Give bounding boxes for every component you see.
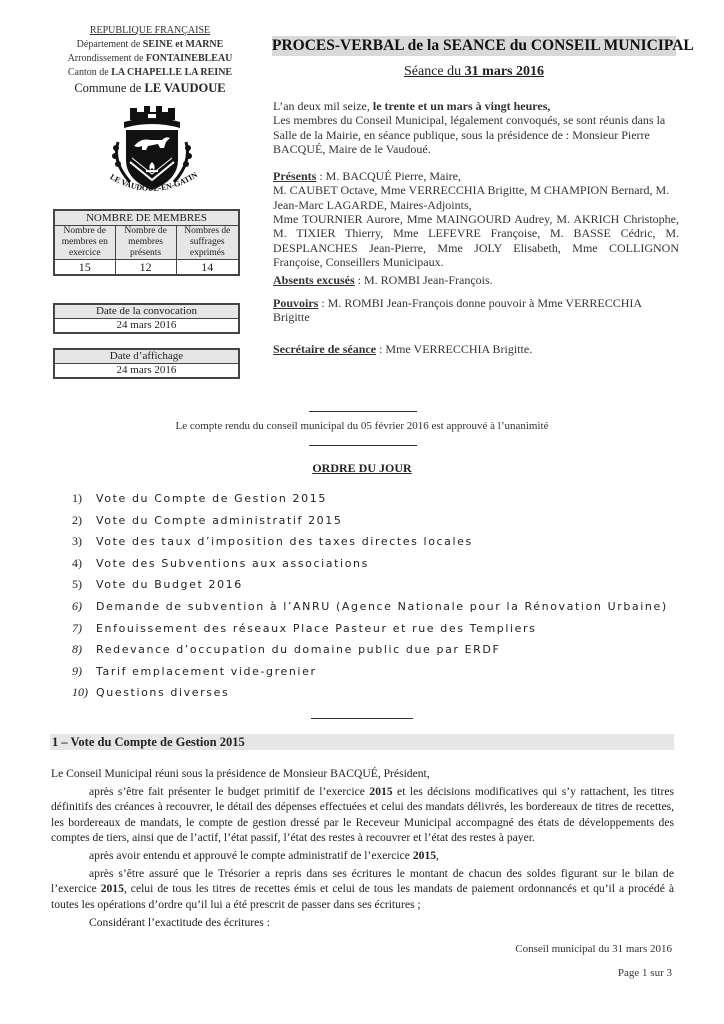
intro-line: L’an deux mil seize, le trente et un mar… [273, 99, 679, 113]
affichage-table: Date d’affichage 24 mars 2016 [53, 348, 240, 379]
pouvoirs-line: Pouvoirs : M. ROMBI Jean-François donne … [273, 296, 679, 325]
intro-bold: le trente et un mars à vingt heures, [373, 99, 551, 113]
body-paragraph: Considérant l’exactitude des écritures : [51, 915, 674, 930]
departement-label: Département de [77, 39, 143, 50]
section-body: Le Conseil Municipal réuni sous la prési… [51, 766, 674, 930]
canton-line: Canton de LA CHAPELLE LA REINE [40, 66, 260, 80]
agenda-item: 3)Vote des taux d’imposition des taxes d… [72, 531, 692, 553]
agenda-item-number: 1) [72, 488, 96, 510]
intro-paragraph: Les membres du Conseil Municipal, légale… [273, 113, 679, 156]
pouvoirs-label: Pouvoirs [273, 296, 318, 310]
municipality-header: REPUBLIQUE FRANÇAISE Département de SEIN… [40, 24, 260, 97]
presents-text: : M. BACQUÉ Pierre, Maire, [316, 169, 461, 183]
agenda-item: 1)Vote du Compte de Gestion 2015 [72, 488, 692, 510]
seance-date-value: 31 mars 2016 [465, 64, 544, 79]
agenda-item-text: Vote des taux d’imposition des taxes dir… [96, 531, 473, 553]
agenda-list: 1)Vote du Compte de Gestion 20152)Vote d… [72, 488, 692, 704]
agenda-item-text: Questions diverses [96, 682, 229, 704]
agenda-item-number: 10) [72, 682, 96, 704]
agenda-item-number: 4) [72, 553, 96, 575]
text-span: après s’être fait présenter le budget pr… [89, 785, 369, 798]
agenda-item-number: 7) [72, 618, 96, 640]
agenda-title: ORDRE DU JOUR [80, 461, 644, 476]
arrondissement-value: FONTAINEBLEAU [146, 53, 233, 64]
secretaire-label: Secrétaire de séance [273, 342, 376, 356]
republique-label: REPUBLIQUE FRANÇAISE [40, 24, 260, 38]
affichage-date: 24 mars 2016 [54, 364, 239, 379]
divider [311, 718, 413, 719]
departement-line: Département de SEINE et MARNE [40, 38, 260, 52]
departement-value: SEINE et MARNE [143, 39, 224, 50]
canton-label: Canton de [68, 67, 111, 78]
body-paragraph: après s’être fait présenter le budget pr… [51, 784, 674, 845]
canton-value: LA CHAPELLE LA REINE [111, 67, 232, 78]
commune-label: Commune de [74, 81, 144, 95]
agenda-item: 7)Enfouissement des réseaux Place Pasteu… [72, 618, 692, 640]
convocation-label: Date de la convocation [54, 304, 239, 319]
divider [309, 445, 417, 446]
agenda-item: 9)Tarif emplacement vide-grenier [72, 661, 692, 683]
members-present-value: 12 [115, 260, 176, 276]
approval-statement: Le compte rendu du conseil municipal du … [80, 420, 644, 432]
section-heading: 1 – Vote du Compte de Gestion 2015 [50, 734, 674, 750]
adjoints-list: M. CAUBET Octave, Mme VERRECCHIA Brigitt… [273, 183, 679, 212]
arrondissement-line: Arrondissement de FONTAINEBLEAU [40, 52, 260, 66]
absents-line: Absents excusés : M. ROMBI Jean-François… [273, 273, 679, 287]
agenda-item: 5)Vote du Budget 2016 [72, 574, 692, 596]
members-present-label: Nombre de membres présents [115, 226, 176, 260]
absents-text: : M. ROMBI Jean-François. [355, 273, 493, 287]
members-in-office-label: Nombre de membres en exercice [54, 226, 115, 260]
divider [309, 411, 417, 412]
session-intro: L’an deux mil seize, le trente et un mar… [273, 99, 679, 356]
agenda-item-number: 8) [72, 639, 96, 661]
text-span: , [436, 849, 439, 862]
absents-label: Absents excusés [273, 273, 355, 287]
seance-label: Séance du [404, 64, 465, 79]
body-paragraph: après avoir entendu et approuvé le compt… [51, 848, 674, 863]
agenda-item-text: Redevance d’occupation du domaine public… [96, 639, 500, 661]
agenda-item-number: 5) [72, 574, 96, 596]
agenda-item: 2)Vote du Compte administratif 2015 [72, 510, 692, 532]
agenda-item-number: 6) [72, 596, 96, 618]
agenda-item-text: Vote des Subventions aux associations [96, 553, 369, 575]
agenda-item-text: Enfouissement des réseaux Place Pasteur … [96, 618, 536, 640]
commune-value: LE VAUDOUE [144, 81, 225, 95]
year-bold: 2015 [369, 785, 392, 798]
members-in-office-value: 15 [54, 260, 115, 276]
commune-line: Commune de LE VAUDOUE [40, 80, 260, 97]
agenda-item-text: Demande de subvention à l’ANRU (Agence N… [96, 596, 668, 618]
agenda-item: 10)Questions diverses [72, 682, 692, 704]
coat-of-arms-icon: LE VAUDOUÉ-EN-GATINAIS [100, 102, 204, 200]
convocation-table: Date de la convocation 24 mars 2016 [53, 303, 240, 334]
intro-plain: L’an deux mil seize, [273, 99, 373, 113]
secretaire-text: : Mme VERRECCHIA Brigitte. [376, 342, 532, 356]
conseillers-list: Mme TOURNIER Aurore, Mme MAINGOURD Audre… [273, 212, 679, 269]
agenda-item: 6)Demande de subvention à l’ANRU (Agence… [72, 596, 692, 618]
year-bold: 2015 [101, 882, 124, 895]
page-number: Page 1 sur 3 [618, 967, 672, 979]
agenda-item-number: 9) [72, 661, 96, 683]
footer-caption: Conseil municipal du 31 mars 2016 [515, 943, 672, 955]
arrondissement-label: Arrondissement de [68, 53, 146, 64]
agenda-item-number: 3) [72, 531, 96, 553]
votes-cast-label: Nombres de suffrages exprimés [176, 226, 239, 260]
presents-line: Présents : M. BACQUÉ Pierre, Maire, [273, 169, 679, 183]
convocation-date: 24 mars 2016 [54, 319, 239, 334]
members-table-title: NOMBRE DE MEMBRES [54, 210, 239, 226]
page-title: PROCES-VERBAL de la SEANCE du CONSEIL MU… [272, 36, 676, 56]
seance-date: Séance du 31 mars 2016 [272, 63, 676, 81]
agenda-item: 4)Vote des Subventions aux associations [72, 553, 692, 575]
members-table: NOMBRE DE MEMBRES Nombre de membres en e… [53, 209, 240, 276]
text-span: après avoir entendu et approuvé le compt… [89, 849, 413, 862]
body-paragraph: après s’être assuré que le Trésorier a r… [51, 866, 674, 912]
agenda-item-text: Vote du Compte administratif 2015 [96, 510, 342, 532]
agenda-item: 8)Redevance d’occupation du domaine publ… [72, 639, 692, 661]
body-paragraph: Le Conseil Municipal réuni sous la prési… [51, 766, 674, 781]
agenda-item-text: Tarif emplacement vide-grenier [96, 661, 317, 683]
secretaire-line: Secrétaire de séance : Mme VERRECCHIA Br… [273, 342, 679, 356]
text-span: , celui de tous les titres de recettes é… [51, 882, 674, 910]
presents-label: Présents [273, 169, 316, 183]
affichage-label: Date d’affichage [54, 349, 239, 364]
pouvoirs-text: : M. ROMBI Jean-François donne pouvoir à… [273, 296, 641, 324]
agenda-item-text: Vote du Budget 2016 [96, 574, 243, 596]
votes-cast-value: 14 [176, 260, 239, 276]
agenda-item-number: 2) [72, 510, 96, 532]
agenda-item-text: Vote du Compte de Gestion 2015 [96, 488, 327, 510]
year-bold: 2015 [413, 849, 436, 862]
